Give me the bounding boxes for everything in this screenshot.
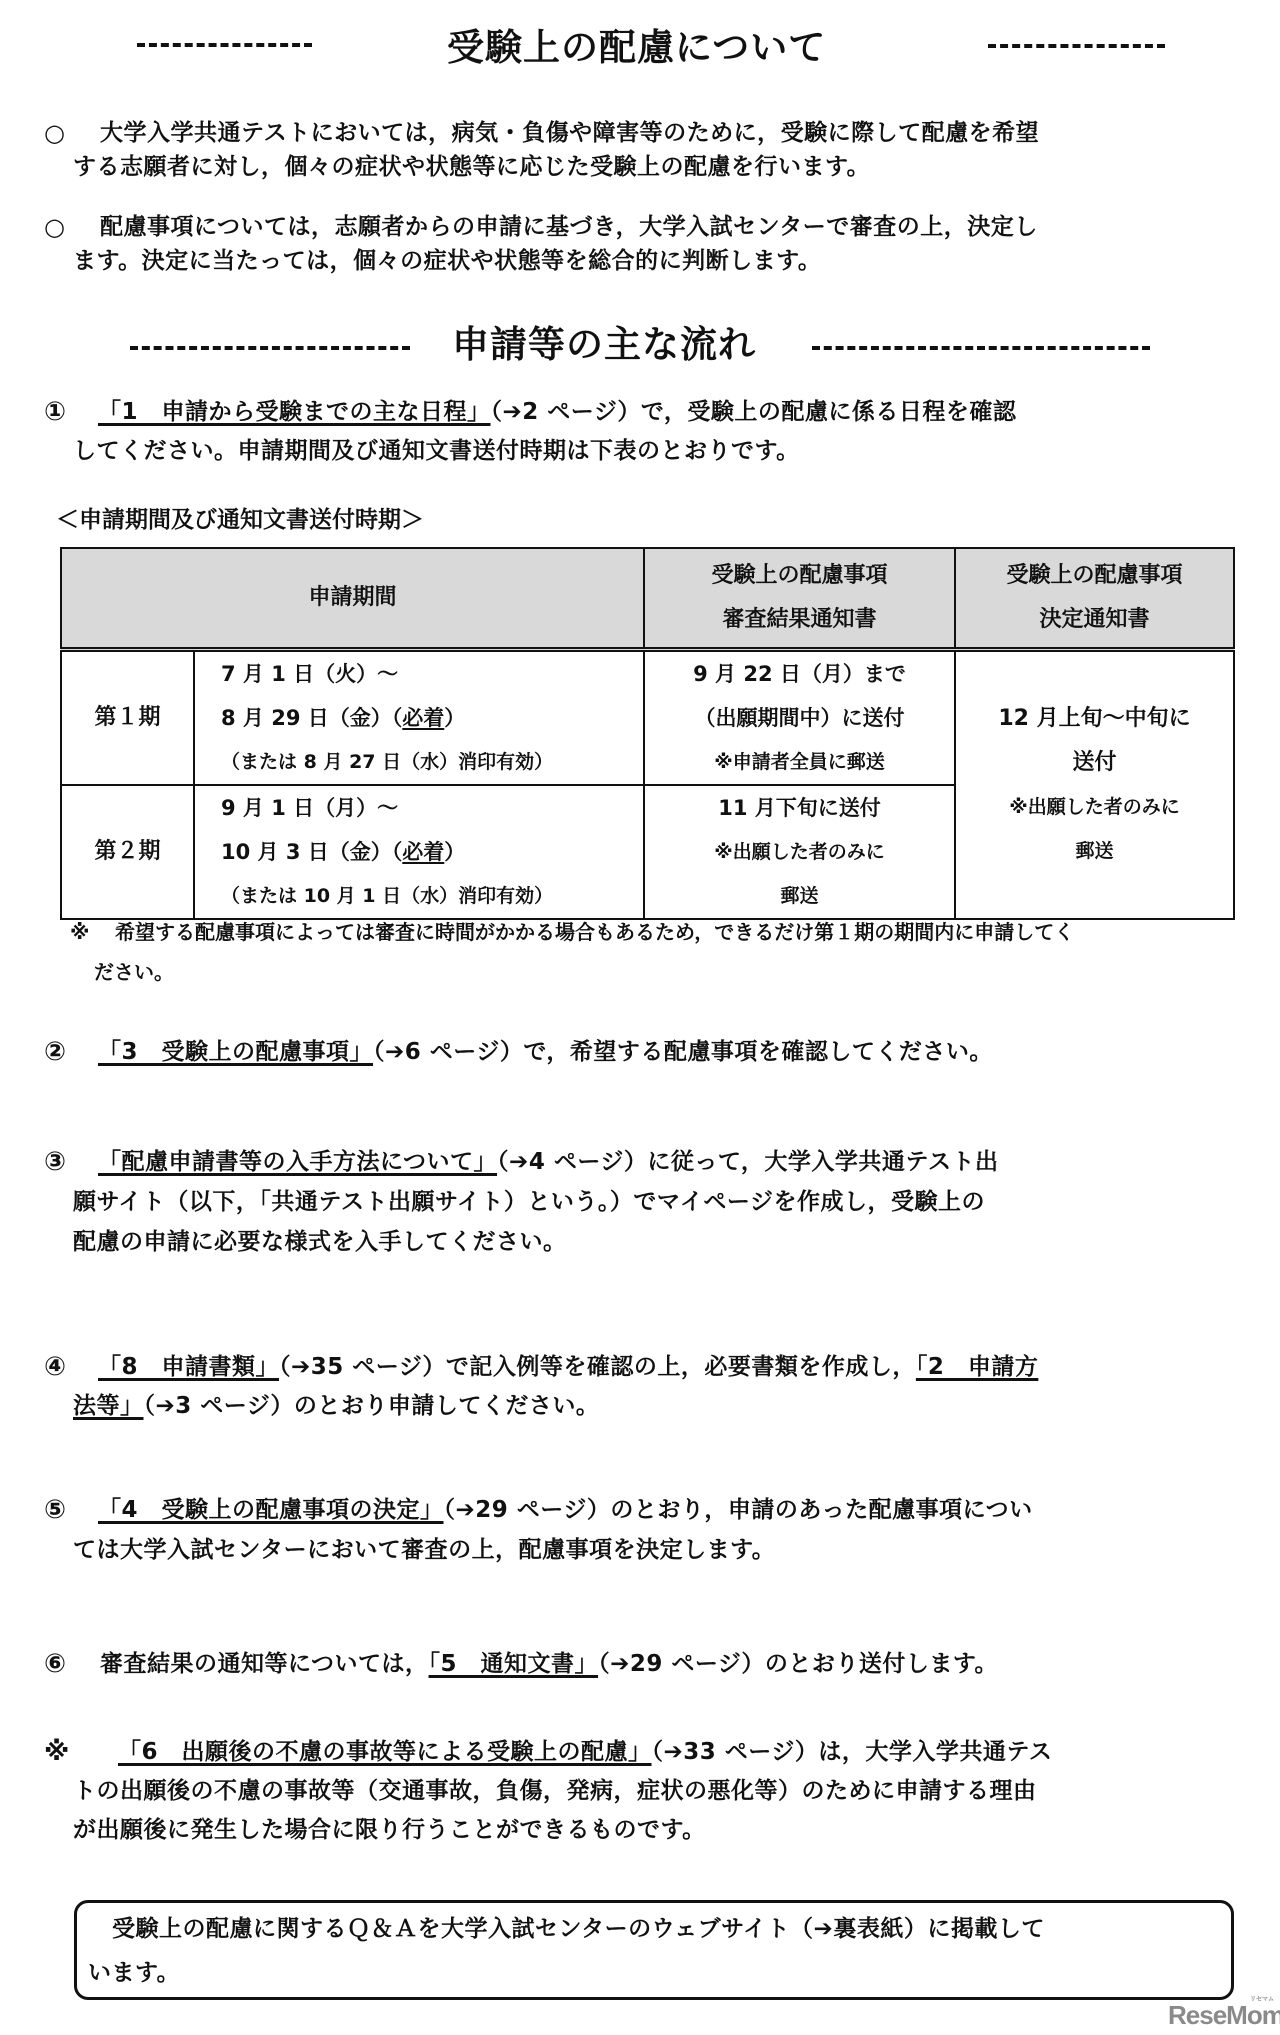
flow-item-4-line1: 「8 申請書類」（➔35 ページ）で記入例等を確認の上，必要書類を作成し，「2 … xyxy=(98,1352,1038,1382)
flow-item-note-line2: トの出願後の不慮の事故等（交通事故，負傷，発病，症状の悪化等）のために申請する理… xyxy=(73,1776,1037,1806)
row-label: 第２期 xyxy=(61,785,194,919)
flow-item-5-line2: ては大学入試センターにおいて審査の上，配慮事項を決定します。 xyxy=(73,1535,775,1565)
postmark-note: （または 8 月 27 日（水）消印有効） xyxy=(221,740,643,784)
header-period: 申請期間 xyxy=(61,548,644,650)
period-end: 8 月 29 日（金）（必着） xyxy=(221,696,643,740)
flow-item-2-line1: 「3 受験上の配慮事項」（➔6 ページ）で，希望する配慮事項を確認してください。 xyxy=(98,1037,993,1067)
bullet-text: 大学入学共通テストにおいては，病気・負傷や障害等のために，受験に際して配慮を希望 xyxy=(100,118,1039,148)
notice-documents-reference-link[interactable]: 「5 通知文書」 xyxy=(429,1651,599,1677)
flow-item-6-line1: 審査結果の通知等については，「5 通知文書」（➔29 ページ）のとおり送付します… xyxy=(100,1649,998,1679)
page-title: 受験上の配慮について xyxy=(447,28,826,68)
flow-item-1-line2: してください。申請期間及び通知文書送付時期は下表のとおりです。 xyxy=(73,436,800,466)
must-arrive-label: 必着 xyxy=(402,706,444,730)
note-text: ださい。 xyxy=(94,957,174,987)
step-number-5: ⑤ xyxy=(44,1495,66,1525)
decision-reference-link[interactable]: 「4 受験上の配慮事項の決定」 xyxy=(98,1497,444,1523)
flow-item-1-line1: 「1 申請から受験までの主な日程」（➔2 ページ）で，受験上の配慮に係る日程を確… xyxy=(98,397,1016,427)
accident-reference-link[interactable]: 「6 出願後の不慮の事故等による受験上の配慮」 xyxy=(118,1739,652,1765)
qa-text-line2: います。 xyxy=(88,1958,180,1988)
bullet-circle-icon: ○ xyxy=(44,212,65,242)
flow-dash-right xyxy=(812,346,1150,350)
table-row: 第１期 7 月 1 日（火）～ 8 月 29 日（金）（必着） （または 8 月… xyxy=(61,650,1234,786)
flow-item-4-line2: 法等」（➔3 ページ）のとおり申請してください。 xyxy=(73,1391,599,1421)
period-cell: 7 月 1 日（火）～ 8 月 29 日（金）（必着） （または 8 月 27 … xyxy=(194,650,644,786)
note-marker: ※ xyxy=(70,917,89,947)
flow-text: （➔4 ページ）に従って，大学入学共通テスト出 xyxy=(497,1149,998,1175)
review-cell: 9 月 22 日（月）まで （出願期間中）に送付 ※申請者全員に郵送 xyxy=(644,650,955,786)
period-end-date: 10 月 3 日（金）（ xyxy=(221,840,402,864)
bullet-text: する志願者に対し，個々の症状や状態等に応じた受験上の配慮を行います。 xyxy=(73,152,870,182)
forms-reference-link[interactable]: 「配慮申請書等の入手方法について」 xyxy=(98,1149,497,1175)
flow-item-5-line1: 「4 受験上の配慮事項の決定」（➔29 ページ）のとおり，申請のあった配慮事項に… xyxy=(98,1495,1033,1525)
decision-cell: 12 月上旬～中旬に 送付 ※出願した者のみに 郵送 xyxy=(955,650,1234,920)
note-asterisk-icon: ※ xyxy=(44,1737,69,1767)
flow-text: 審査結果の通知等については， xyxy=(100,1651,429,1677)
flow-text: （➔3 ページ）のとおり申請してください。 xyxy=(144,1393,600,1419)
must-arrive-label: 必着 xyxy=(402,840,444,864)
review-cell: 11 月下旬に送付 ※出願した者のみに 郵送 xyxy=(644,785,955,919)
flow-text: （➔29 ページ）のとおり，申請のあった配慮事項につい xyxy=(444,1497,1033,1523)
review-text: （出願期間中）に送付 xyxy=(645,696,954,740)
period-start: 7 月 1 日（火）～ xyxy=(221,652,643,696)
bullet-text: 配慮事項については，志願者からの申請に基づき，大学入試センターで審査の上，決定し xyxy=(100,212,1038,242)
flow-item-note-line1: 「6 出願後の不慮の事故等による受験上の配慮」（➔33 ページ）は，大学入学共通… xyxy=(118,1737,1052,1767)
header-decision-notice: 受験上の配慮事項 決定通知書 xyxy=(955,548,1234,650)
step-number-6: ⑥ xyxy=(44,1649,66,1679)
header-text: 受験上の配慮事項 xyxy=(645,554,954,598)
schedule-table: 申請期間 受験上の配慮事項 審査結果通知書 受験上の配慮事項 決定通知書 第１期… xyxy=(60,547,1235,920)
schedule-reference-link[interactable]: 「1 申請から受験までの主な日程」 xyxy=(98,399,491,425)
documents-reference-link[interactable]: 「8 申請書類」 xyxy=(98,1354,279,1380)
table-caption: ＜申請期間及び通知文書送付時期＞ xyxy=(56,505,424,535)
header-text: 審査結果通知書 xyxy=(645,598,954,642)
resemom-logo: ReseMom xyxy=(1168,2000,1280,2031)
considerations-reference-link[interactable]: 「3 受験上の配慮事項」 xyxy=(98,1039,373,1065)
period-end-date: 8 月 29 日（金）（ xyxy=(221,706,402,730)
flow-text: （➔6 ページ）で，希望する配慮事項を確認してください。 xyxy=(373,1039,993,1065)
period-cell: 9 月 1 日（月）～ 10 月 3 日（金）（必着） （または 10 月 1 … xyxy=(194,785,644,919)
postmark-note: （または 10 月 1 日（水）消印有効） xyxy=(221,874,643,918)
flow-text: （➔29 ページ）のとおり送付します。 xyxy=(598,1651,998,1677)
review-note: ※申請者全員に郵送 xyxy=(645,740,954,784)
table-header-row: 申請期間 受験上の配慮事項 審査結果通知書 受験上の配慮事項 決定通知書 xyxy=(61,548,1234,650)
review-note: ※出願した者のみに xyxy=(645,830,954,874)
decision-text: 12 月上旬～中旬に xyxy=(956,697,1233,741)
decision-note: ※出願した者のみに xyxy=(956,785,1233,829)
flow-dash-left xyxy=(130,346,410,350)
step-number-2: ② xyxy=(44,1037,66,1067)
review-text: 9 月 22 日（月）まで xyxy=(645,652,954,696)
row-label: 第１期 xyxy=(61,650,194,786)
period-start: 9 月 1 日（月）～ xyxy=(221,786,643,830)
note-text: 希望する配慮事項によっては審査に時間がかかる場合もあるため，できるだけ第１期の期… xyxy=(115,917,1074,947)
step-number-4: ④ xyxy=(44,1352,66,1382)
flow-item-note-line3: が出願後に発生した場合に限り行うことができるものです。 xyxy=(73,1815,706,1845)
review-note: 郵送 xyxy=(645,874,954,918)
flow-title: 申請等の主な流れ xyxy=(452,325,756,365)
decision-note: 郵送 xyxy=(956,829,1233,873)
title-dash-right xyxy=(988,44,1165,48)
review-text: 11 月下旬に送付 xyxy=(645,786,954,830)
step-number-1: ① xyxy=(44,397,66,427)
flow-item-3-line3: 配慮の申請に必要な様式を入手してください。 xyxy=(73,1227,567,1257)
paren: ） xyxy=(444,840,465,864)
application-method-reference-link[interactable]: 法等」 xyxy=(73,1393,144,1419)
flow-item-3-line1: 「配慮申請書等の入手方法について」（➔4 ページ）に従って，大学入学共通テスト出 xyxy=(98,1147,999,1177)
resemom-logo-sub: リセマム xyxy=(1250,1994,1274,2003)
application-method-reference-link[interactable]: 「2 申請方 xyxy=(916,1354,1039,1380)
title-dash-left xyxy=(137,43,312,47)
paren: ） xyxy=(444,706,465,730)
step-number-3: ③ xyxy=(44,1147,66,1177)
bullet-circle-icon: ○ xyxy=(44,118,65,148)
qa-text-line1: 受験上の配慮に関するＱ＆Ａを大学入試センターのウェブサイト（➔裏表紙）に掲載して xyxy=(112,1914,1045,1944)
bullet-text: ます。決定に当たっては，個々の症状や状態等を総合的に判断します。 xyxy=(73,246,821,276)
flow-text: （➔35 ページ）で記入例等を確認の上，必要書類を作成し， xyxy=(279,1354,916,1380)
flow-item-3-line2: 願サイト（以下，「共通テスト出願サイト）という。）でマイページを作成し，受験上の xyxy=(73,1187,985,1217)
flow-text: （➔2 ページ）で，受験上の配慮に係る日程を確認 xyxy=(491,399,1017,425)
decision-text: 送付 xyxy=(956,741,1233,785)
header-review-notice: 受験上の配慮事項 審査結果通知書 xyxy=(644,548,955,650)
header-text: 決定通知書 xyxy=(956,598,1233,642)
flow-text: （➔33 ページ）は，大学入学共通テス xyxy=(652,1739,1053,1765)
period-end: 10 月 3 日（金）（必着） xyxy=(221,830,643,874)
header-text: 受験上の配慮事項 xyxy=(956,554,1233,598)
